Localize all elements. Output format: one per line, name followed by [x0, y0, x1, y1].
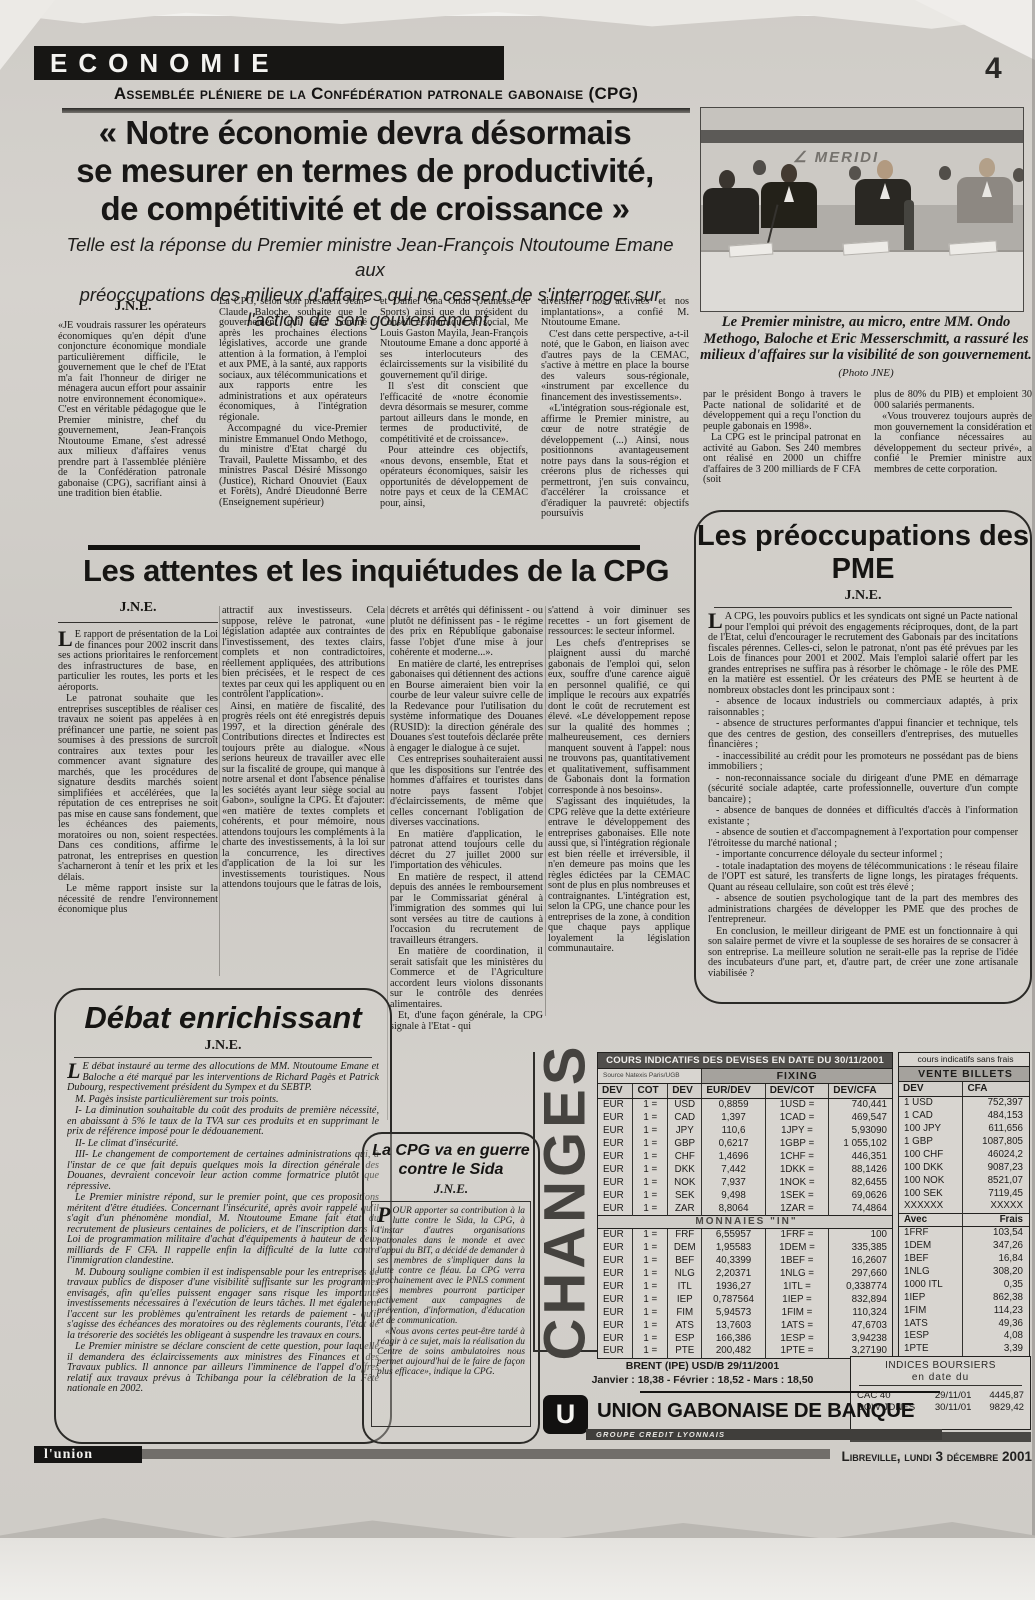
- table-cell: ITL: [668, 1281, 702, 1294]
- debat-body: LE débat instauré au terme des allocutio…: [67, 1062, 379, 1414]
- attentes-column-2: attractif aux investisseurs. Cela suppos…: [222, 606, 385, 978]
- paragraph: décrets et arrêtés qui définissent - ou …: [390, 606, 543, 659]
- brent-values: Janvier : 18,38 - Février : 18,52 - Mars…: [555, 1374, 850, 1386]
- table-cell: EUR: [598, 1319, 633, 1332]
- lead-column-2: La CPG, selon son président Jean-Claude …: [219, 297, 367, 545]
- table-cell: 1 =: [633, 1255, 668, 1268]
- debat-byline-rule: [74, 1057, 372, 1058]
- table-cell: 1 =: [633, 1189, 668, 1202]
- ugb-logo-letter: U: [556, 1399, 576, 1430]
- paragraph: Accompagné du vice-Premier ministre Emma…: [219, 424, 367, 508]
- column-header: DEV: [899, 1081, 963, 1096]
- paragraph: POUR apporter sa contribution à la lutte…: [377, 1206, 525, 1326]
- paragraph: Les chefs d'entreprises se plaignent aus…: [548, 639, 690, 797]
- column-header: DEV/CFA: [829, 1084, 893, 1099]
- table-cell: DEM: [668, 1242, 702, 1255]
- table-cell: 297,660: [829, 1268, 893, 1281]
- table-cell: 9,498: [702, 1189, 765, 1202]
- paragraph: diversifier nos activités et nos implant…: [541, 297, 689, 329]
- table-cell: 9829,42: [979, 1401, 1030, 1414]
- table-cell: 74,4864: [829, 1202, 893, 1215]
- table-cell: 9087,23: [963, 1161, 1030, 1174]
- table-row: 1000 ITL0,35: [899, 1278, 1030, 1291]
- table-cell: 7,937: [702, 1176, 765, 1189]
- lead-column-1: «JE voudrais rassurer les opérateurs éco…: [58, 297, 206, 545]
- table-cell: 4,08: [963, 1330, 1030, 1343]
- table-cell: 69,0626: [829, 1189, 893, 1202]
- table-cell: 5,93090: [829, 1125, 893, 1138]
- changes-vertical-label: CHANGES: [533, 1052, 597, 1350]
- column-rule: [219, 606, 220, 976]
- table-cell: 1936,27: [702, 1281, 765, 1294]
- paragraph: - non-reconnaissance sociale du dirigean…: [708, 774, 1018, 806]
- brent-quote: BRENT (IPE) USD/B 29/11/2001 Janvier : 1…: [555, 1360, 850, 1386]
- table-cell: 1USD =: [765, 1099, 828, 1112]
- table-cell: 2,20371: [702, 1268, 765, 1281]
- table-cell: 16,2607: [829, 1255, 893, 1268]
- table-cell: 7119,45: [963, 1187, 1030, 1200]
- table-cell: 8,8064: [702, 1202, 765, 1215]
- pme-body: LA CPG, les pouvoirs publics et les synd…: [708, 612, 1018, 1000]
- table-cell: 1 =: [633, 1151, 668, 1164]
- paragraph: III- Le changement de comportement de ce…: [67, 1150, 379, 1192]
- table-cell: ESP: [668, 1332, 702, 1345]
- photo-person-background: [753, 160, 766, 175]
- table-cell: 110,324: [829, 1306, 893, 1319]
- paragraph: - importante concurrence déloyale du sec…: [708, 850, 1018, 861]
- table-cell: 49,36: [963, 1317, 1030, 1330]
- table-cell: 100 DKK: [899, 1161, 963, 1174]
- photo-person-head: [781, 164, 797, 183]
- vente-billets-header: VENTE BILLETS: [899, 1066, 1030, 1081]
- table-cell: CHF: [668, 1151, 702, 1164]
- table-cell: 100 JPY: [899, 1123, 963, 1136]
- table-cell: 1 =: [633, 1138, 668, 1151]
- rates-in-body: EUR1 =FRF6,559571FRF =100EUR1 =DEM1,9558…: [598, 1229, 893, 1359]
- currency-table-source: Source Natexis Paris/UGB: [598, 1069, 702, 1084]
- rates-main-body: EUR1 =USD0,88591USD =740,441EUR1 =CAD1,3…: [598, 1099, 893, 1216]
- table-row: 100 CHF46024,2: [899, 1148, 1030, 1161]
- table-row: 1 USD752,397: [899, 1096, 1030, 1109]
- table-row: 100 JPY611,656: [899, 1123, 1030, 1136]
- table-row: 1ATS49,36: [899, 1317, 1030, 1330]
- table-cell: 1 =: [633, 1345, 668, 1358]
- table-row: 1PTE3,39: [899, 1343, 1030, 1356]
- photo-caption-text: Le Premier ministre, au micro, entre MM.…: [700, 314, 1032, 363]
- paragraph: plus de 80% du PIB) et emploient 30 000 …: [874, 390, 1032, 411]
- table-cell: EUR: [598, 1202, 633, 1215]
- paragraph: Il s'est dit conscient que l'efficacité …: [380, 382, 528, 445]
- ugb-logo: U: [543, 1395, 588, 1434]
- paragraph: LE débat instauré au terme des allocutio…: [67, 1062, 379, 1094]
- table-cell: 114,23: [963, 1304, 1030, 1317]
- table-row: EUR1 =DKK7,4421DKK =88,1426: [598, 1163, 893, 1176]
- table-cell: 100 NOK: [899, 1174, 963, 1187]
- table-cell: 0,338774: [829, 1281, 893, 1294]
- paragraph: En matière de clarté, les entreprises ga…: [390, 660, 543, 755]
- table-cell: XXXXX: [963, 1200, 1030, 1213]
- paragraph: - absence de locaux industriels ou comme…: [708, 697, 1018, 718]
- table-cell: 1SEK =: [765, 1189, 828, 1202]
- table-row: 1NLG308,20: [899, 1266, 1030, 1279]
- table-cell: 1ITL =: [765, 1281, 828, 1294]
- table-cell: PTE: [668, 1345, 702, 1358]
- table-row: EUR1 =USD0,88591USD =740,441: [598, 1099, 893, 1112]
- table-cell: 611,656: [963, 1123, 1030, 1136]
- conference-photo: ∠ MERIDI: [700, 107, 1024, 312]
- table-row: EUR1 =BEF40,33991BEF =16,2607: [598, 1255, 893, 1268]
- table-cell: 1087,805: [963, 1136, 1030, 1149]
- billets-in-body: 1FRF103,541DEM347,261BEF16,841NLG308,201…: [899, 1226, 1030, 1356]
- lead-column-4: diversifier nos activités et nos implant…: [541, 297, 689, 545]
- table-cell: NLG: [668, 1268, 702, 1281]
- table-cell: 4445,87: [979, 1388, 1030, 1401]
- paragraph: Le Premier ministre se déclare conscient…: [67, 1342, 379, 1395]
- table-cell: 1 =: [633, 1281, 668, 1294]
- table-cell: 1ESP =: [765, 1332, 828, 1345]
- table-cell: 1 =: [633, 1306, 668, 1319]
- newspaper-page: ECONOMIE 4 Assemblée pléniere de la Conf…: [0, 0, 1035, 1600]
- kicker-rule: [62, 108, 690, 113]
- table-cell: 6,55957: [702, 1229, 765, 1242]
- table-cell: 100: [829, 1229, 893, 1242]
- pme-article-box: Les préoccupations des PME J.N.E. LA CPG…: [694, 510, 1032, 1004]
- ugb-group-bar: GROUPE CREDIT LYONNAIS: [586, 1429, 942, 1440]
- photo-hotel-logo: ∠ MERIDI: [793, 148, 879, 166]
- table-cell: 1 =: [633, 1319, 668, 1332]
- paragraph: En matière de coordination, il serait sa…: [390, 947, 543, 1010]
- paragraph: M. Pagès insiste particulièrement sur tr…: [67, 1095, 379, 1106]
- table-row: EUR1 =NLG2,203711NLG =297,660: [598, 1268, 893, 1281]
- table-cell: 7,442: [702, 1163, 765, 1176]
- column-header: DEV: [598, 1084, 633, 1099]
- table-cell: 1FRF =: [765, 1229, 828, 1242]
- table-cell: 16,84: [963, 1253, 1030, 1266]
- table-cell: DKK: [668, 1163, 702, 1176]
- photo-caption: Le Premier ministre, au micro, entre MM.…: [698, 314, 1034, 381]
- paragraph: - absence de soutien et d'accompagnement…: [708, 828, 1018, 849]
- paragraph: attractif aux investisseurs. Cela suppos…: [222, 606, 385, 701]
- paragraph: Et, d'une façon générale, la CPG signale…: [390, 1011, 543, 1032]
- sida-inner-box: POUR apporter sa contribution à la lutte…: [371, 1201, 531, 1427]
- table-cell: CAD: [668, 1112, 702, 1125]
- photo-person-head: [719, 170, 735, 189]
- fixing-header: FIXING: [702, 1069, 893, 1084]
- table-cell: 862,38: [963, 1291, 1030, 1304]
- table-cell: 1 =: [633, 1268, 668, 1281]
- table-cell: EUR: [598, 1112, 633, 1125]
- table-row: EUR1 =ESP166,3861ESP =3,94238: [598, 1332, 893, 1345]
- paragraph: «Vous trouverez toujours auprès de mon g…: [874, 412, 1032, 475]
- table-cell: 110,6: [702, 1125, 765, 1138]
- table-cell: EUR: [598, 1163, 633, 1176]
- ugb-bank-name: UNION GABONAISE DE BANQUE: [597, 1399, 942, 1423]
- kicker: Assemblée pléniere de la Confédération p…: [62, 84, 690, 104]
- table-cell: 1 =: [633, 1229, 668, 1242]
- table-cell: 1JPY =: [765, 1125, 828, 1138]
- photo-table: [701, 250, 1023, 312]
- table-cell: 1BEF: [899, 1253, 963, 1266]
- lead-headline: « Notre économie devra désormais se mesu…: [40, 114, 690, 228]
- indices-subtitle: en date du: [859, 1372, 1022, 1386]
- table-cell: 1 =: [633, 1176, 668, 1189]
- paragraph: - absence de banques de données et diffi…: [708, 806, 1018, 827]
- paragraph: C'est dans cette perspective, a-t-il not…: [541, 330, 689, 404]
- paragraph: II- Le climat d'insécurité.: [67, 1139, 379, 1150]
- paragraph: La CPG est le principal patronat en acti…: [703, 433, 861, 486]
- lead-column-5: par le président Bongo à travers le Pact…: [703, 390, 861, 516]
- page-number: 4: [985, 52, 1025, 86]
- paragraph: «L'intégration sous-régionale est, affir…: [541, 404, 689, 520]
- table-cell: EUR: [598, 1293, 633, 1306]
- table-row: EUR1 =CHF1,46961CHF =446,351: [598, 1151, 893, 1164]
- table-row: EUR1 =PTE200,4821PTE =3,27190: [598, 1345, 893, 1358]
- billets-main-body: 1 USD752,3971 CAD484,153100 JPY611,6561 …: [899, 1096, 1030, 1213]
- photo-water-bottle: [904, 200, 914, 252]
- table-cell: EUR: [598, 1306, 633, 1319]
- table-row: 100 DKK9087,23: [899, 1161, 1030, 1174]
- table-row: XXXXXXXXXXX: [899, 1200, 1030, 1213]
- sida-byline: J.N.E.: [364, 1181, 538, 1197]
- table-cell: 3,39: [963, 1343, 1030, 1356]
- table-row: 1FRF103,54: [899, 1226, 1030, 1239]
- paragraph: Ces entreprises souhaiteraient aussi que…: [390, 755, 543, 829]
- table-row: EUR1 =CAD1,3971CAD =469,547: [598, 1112, 893, 1125]
- column-rule: [545, 606, 546, 1016]
- table-cell: 1 GBP: [899, 1136, 963, 1149]
- paragraph: - absence de structures performantes d'a…: [708, 719, 1018, 751]
- paragraph: S'agissant des inquiétudes, la CPG relèv…: [548, 797, 690, 955]
- table-cell: 1NOK =: [765, 1176, 828, 1189]
- table-cell: 1 =: [633, 1163, 668, 1176]
- paragraph: et Daniel Ona Ondo (Jeunesse et Sports) …: [380, 297, 528, 381]
- photo-person-body: [957, 177, 1013, 223]
- table-cell: 1ESP: [899, 1330, 963, 1343]
- table-cell: SEK: [668, 1189, 702, 1202]
- table-cell: 484,153: [963, 1110, 1030, 1123]
- sida-headline: La CPG va en guerre contre le Sida: [364, 1141, 538, 1179]
- paragraph: «JE voudrais rassurer les opérateurs éco…: [58, 321, 206, 500]
- lead-columns: «JE voudrais rassurer les opérateurs éco…: [58, 297, 690, 545]
- footer-bar: [142, 1449, 830, 1459]
- table-cell: EUR: [598, 1099, 633, 1112]
- table-cell: 1DKK =: [765, 1163, 828, 1176]
- table-cell: 347,26: [963, 1240, 1030, 1253]
- table-row: EUR1 =GBP0,62171GBP =1 055,102: [598, 1138, 893, 1151]
- table-cell: 1 =: [633, 1293, 668, 1306]
- table-cell: 1BEF =: [765, 1255, 828, 1268]
- pme-headline: Les préoccupations des PME: [696, 520, 1030, 586]
- section-divider-bar: [88, 545, 640, 550]
- photo-dark-band: [701, 130, 1023, 143]
- table-cell: FRF: [668, 1229, 702, 1242]
- changes-text: CHANGES: [532, 1042, 599, 1360]
- currency-table-headers: DEVCOTDEVEUR/DEVDEV/COTDEV/CFA: [598, 1084, 893, 1099]
- table-cell: 1IEP: [899, 1291, 963, 1304]
- table-cell: 740,441: [829, 1099, 893, 1112]
- table-cell: EUR: [598, 1268, 633, 1281]
- paragraph: M. Dubourg souligne combien il est indis…: [67, 1268, 379, 1342]
- table-cell: GBP: [668, 1138, 702, 1151]
- table-cell: 832,894: [829, 1293, 893, 1306]
- photo-wall-band: [701, 108, 1023, 130]
- table-row: EUR1 =JPY110,61JPY =5,93090: [598, 1125, 893, 1138]
- table-row: 100 NOK8521,07: [899, 1174, 1030, 1187]
- table-cell: 46024,2: [963, 1148, 1030, 1161]
- paragraph: Le Premier ministre répond, sur le premi…: [67, 1193, 379, 1267]
- table-cell: 1NLG: [899, 1266, 963, 1279]
- paragraph: En matière de respect, il attend depuis …: [390, 873, 543, 947]
- column-header: EUR/DEV: [702, 1084, 765, 1099]
- lead-subcolumns: par le président Bongo à travers le Pact…: [703, 390, 1032, 516]
- paragraph: LA CPG, les pouvoirs publics et les synd…: [708, 612, 1018, 696]
- paragraph: - inaccessibilité au crédit pour les pro…: [708, 752, 1018, 773]
- table-cell: 1 =: [633, 1099, 668, 1112]
- table-cell: 1000 ITL: [899, 1278, 963, 1291]
- table-cell: 5,94573: [702, 1306, 765, 1319]
- table-row: EUR1 =SEK9,4981SEK =69,0626: [598, 1189, 893, 1202]
- paragraph: - absence de soutien psychologique tant …: [708, 894, 1018, 926]
- table-cell: 82,6455: [829, 1176, 893, 1189]
- table-cell: 1CAD =: [765, 1112, 828, 1125]
- table-cell: XXXXXX: [899, 1200, 963, 1213]
- torn-edge-top-layer: [0, 0, 1035, 40]
- table-cell: BEF: [668, 1255, 702, 1268]
- photo-person-background: [939, 166, 951, 180]
- attentes-column-3: décrets et arrêtés qui définissent - ou …: [390, 606, 543, 1122]
- table-row: EUR1 =FRF6,559571FRF =100: [598, 1229, 893, 1242]
- column-header: DEV: [668, 1084, 702, 1099]
- table-cell: 1DEM: [899, 1240, 963, 1253]
- table-row: EUR1 =ITL1936,271ITL =0,338774: [598, 1281, 893, 1294]
- table-cell: EUR: [598, 1332, 633, 1345]
- table-cell: EUR: [598, 1151, 633, 1164]
- table-cell: 1 =: [633, 1125, 668, 1138]
- column-header: COT: [633, 1084, 668, 1099]
- table-row: 1FIM114,23: [899, 1304, 1030, 1317]
- column-header: CFA: [963, 1081, 1030, 1096]
- table-cell: 1NLG =: [765, 1268, 828, 1281]
- indices-title: INDICES BOURSIERS: [851, 1357, 1030, 1371]
- debat-headline: Débat enrichissant: [56, 1000, 390, 1036]
- table-cell: 40,3399: [702, 1255, 765, 1268]
- table-cell: 13,7603: [702, 1319, 765, 1332]
- photo-credit: (Photo JNE): [838, 367, 893, 379]
- table-cell: 1GBP =: [765, 1138, 828, 1151]
- table-cell: USD: [668, 1099, 702, 1112]
- table-cell: 1FIM: [899, 1304, 963, 1317]
- table-cell: 166,386: [702, 1332, 765, 1345]
- table-cell: 0,35: [963, 1278, 1030, 1291]
- debat-byline: J.N.E.: [56, 1038, 390, 1054]
- table-row: 1 CAD484,153: [899, 1110, 1030, 1123]
- table-cell: 1 USD: [899, 1096, 963, 1109]
- footer-dateline: Libreville, lundi 3 décembre 2001: [836, 1449, 1032, 1464]
- table-cell: 1DEM =: [765, 1242, 828, 1255]
- table-cell: EUR: [598, 1125, 633, 1138]
- table-cell: 200,482: [702, 1345, 765, 1358]
- table-cell: EUR: [598, 1138, 633, 1151]
- photo-person-body: [703, 188, 759, 234]
- table-cell: 88,1426: [829, 1163, 893, 1176]
- attentes-headline: Les attentes et les inquiétudes de la CP…: [62, 553, 690, 589]
- table-cell: 1,4696: [702, 1151, 765, 1164]
- table-cell: 1 =: [633, 1202, 668, 1215]
- table-cell: 1 =: [633, 1332, 668, 1345]
- table-cell: 1ZAR =: [765, 1202, 828, 1215]
- table-row: 100 SEK7119,45: [899, 1187, 1030, 1200]
- lead-column-6: plus de 80% du PIB) et emploient 30 000 …: [874, 390, 1032, 516]
- table-cell: 1 CAD: [899, 1110, 963, 1123]
- table-row: 1DEM347,26: [899, 1240, 1030, 1253]
- table-row: EUR1 =IEP0,7875641IEP =832,894: [598, 1293, 893, 1306]
- table-cell: 3,94238: [829, 1332, 893, 1345]
- table-row: EUR1 =ATS13,76031ATS =47,6703: [598, 1319, 893, 1332]
- photo-person-background: [1013, 168, 1024, 182]
- masthead-footer: l'union: [34, 1446, 142, 1463]
- attentes-byline: J.N.E.: [58, 600, 218, 623]
- column-header: DEV/COT: [765, 1084, 828, 1099]
- sans-frais-label: cours indicatifs sans frais: [899, 1053, 1030, 1067]
- ugb-top-rule: [640, 1391, 940, 1393]
- table-cell: 1PTE =: [765, 1345, 828, 1358]
- attentes-column-4: s'attend à voir diminuer ses recettes - …: [548, 606, 690, 1018]
- table-cell: 0,787564: [702, 1293, 765, 1306]
- frais-label: Frais: [963, 1213, 1030, 1226]
- section-banner: ECONOMIE: [34, 46, 504, 80]
- torn-corner-top-right: [915, 0, 1035, 60]
- table-cell: NOK: [668, 1176, 702, 1189]
- table-cell: 1,397: [702, 1112, 765, 1125]
- table-cell: 1PTE: [899, 1343, 963, 1356]
- paragraph: - totale inadaptation des moyens de télé…: [708, 862, 1018, 894]
- currency-table-main: COURS INDICATIFS DES DEVISES EN DATE DU …: [597, 1052, 893, 1359]
- paragraph: par le président Bongo à travers le Pact…: [703, 390, 861, 432]
- sida-article-box: La CPG va en guerre contre le Sida J.N.E…: [362, 1132, 540, 1444]
- table-row: EUR1 =DEM1,955831DEM =335,385: [598, 1242, 893, 1255]
- table-cell: ZAR: [668, 1202, 702, 1215]
- table-cell: 1FIM =: [765, 1306, 828, 1319]
- table-cell: EUR: [598, 1229, 633, 1242]
- table-cell: 1FRF: [899, 1226, 963, 1239]
- photo-person-body: [855, 179, 911, 225]
- currency-table-billets: cours indicatifs sans frais VENTE BILLET…: [898, 1052, 1030, 1357]
- paragraph: Le patronat souhaite que les entreprises…: [58, 694, 218, 883]
- table-cell: 47,6703: [829, 1319, 893, 1332]
- paragraph: Ainsi, en matière de fiscalité, des prog…: [222, 702, 385, 891]
- table-row: EUR1 =FIM5,945731FIM =110,324: [598, 1306, 893, 1319]
- table-cell: 0,8859: [702, 1099, 765, 1112]
- paragraph: LE rapport de présentation de la Loi de …: [58, 630, 218, 693]
- table-row: 1IEP862,38: [899, 1291, 1030, 1304]
- table-cell: EUR: [598, 1255, 633, 1268]
- torn-edge-bottom-layer: [0, 1538, 1035, 1600]
- table-cell: EUR: [598, 1189, 633, 1202]
- sida-body: POUR apporter sa contribution à la lutte…: [377, 1206, 525, 1378]
- brent-title: BRENT (IPE) USD/B 29/11/2001: [626, 1360, 779, 1372]
- table-cell: ATS: [668, 1319, 702, 1332]
- attentes-column-1: LE rapport de présentation de la Loi de …: [58, 630, 218, 976]
- lead-column-3: et Daniel Ona Ondo (Jeunesse et Sports) …: [380, 297, 528, 545]
- paragraph: «Nous avons certes peut-être tardé à réa…: [377, 1327, 525, 1377]
- pme-byline: J.N.E.: [696, 588, 1030, 604]
- table-cell: JPY: [668, 1125, 702, 1138]
- paragraph: Le même rapport insiste sur la nécessité…: [58, 884, 218, 916]
- paragraph: Pour atteindre ces objectifs, «nous devo…: [380, 446, 528, 509]
- table-cell: IEP: [668, 1293, 702, 1306]
- photo-person-background: [849, 166, 861, 180]
- table-cell: FIM: [668, 1306, 702, 1319]
